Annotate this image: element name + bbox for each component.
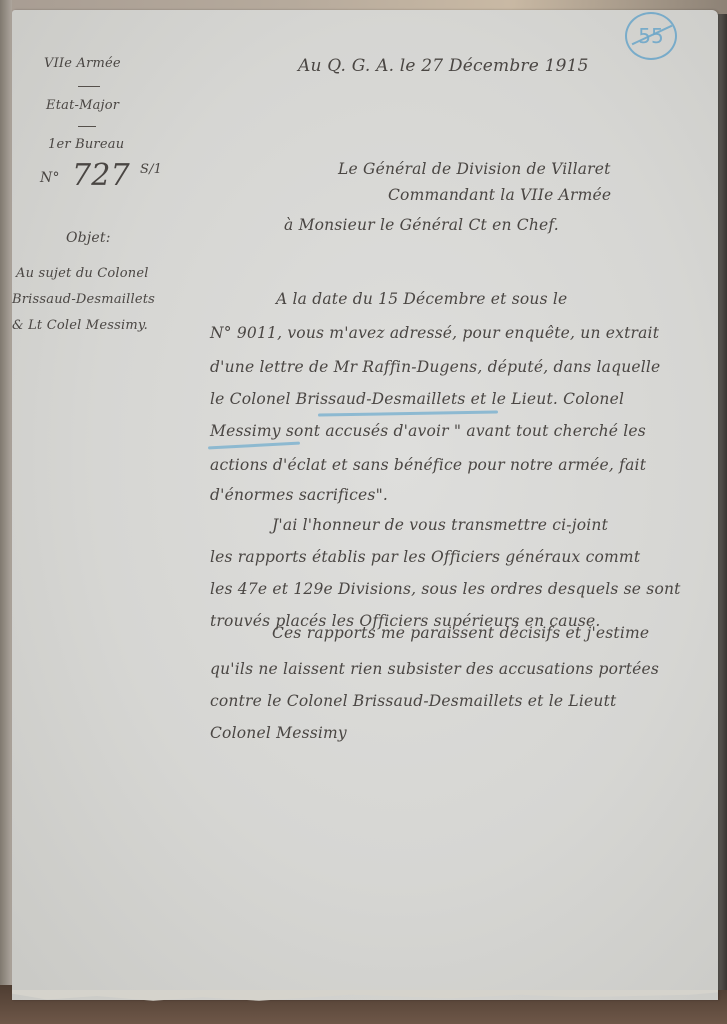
margin-number: 727 <box>72 158 130 193</box>
body-line: Messimy sont accusés d'avoir " avant tou… <box>210 422 646 440</box>
body-line: Colonel Messimy <box>210 724 347 742</box>
margin-object-label: Objet: <box>66 230 111 246</box>
body-line: actions d'éclat et sans bénéfice pour no… <box>210 456 646 474</box>
margin-number-label: N° <box>40 170 60 186</box>
body-line: A la date du 15 Décembre et sous le <box>276 290 567 308</box>
body-line: les 47e et 129e Divisions, sous les ordr… <box>210 580 681 598</box>
margin-army: VIIe Armée <box>44 56 121 71</box>
binding-edge <box>0 0 12 1024</box>
place-date: Au Q. G. A. le 27 Décembre 1915 <box>298 56 589 76</box>
body-line: les rapports établis par les Officiers g… <box>210 548 640 566</box>
margin-bureau: 1er Bureau <box>48 137 124 152</box>
margin-divider <box>78 86 100 87</box>
margin-object-line: & Lt Colel Messimy. <box>12 318 148 333</box>
sender-line-2: Commandant la VIIe Armée <box>388 186 611 204</box>
body-line: le Colonel Brissaud-Desmaillets et le Li… <box>210 390 624 408</box>
margin-number-fraction: S/1 <box>140 162 162 177</box>
body-line: qu'ils ne laissent rien subsister des ac… <box>210 660 659 678</box>
body-line: d'une lettre de Mr Raffin-Dugens, député… <box>210 358 660 376</box>
body-line: contre le Colonel Brissaud-Desmaillets e… <box>210 692 616 710</box>
body-line: J'ai l'honneur de vous transmettre ci-jo… <box>272 516 608 534</box>
right-shadow <box>718 14 727 990</box>
margin-object-line: Au sujet du Colonel <box>16 266 149 281</box>
body-line: Ces rapports me paraissent décisifs et j… <box>272 624 649 642</box>
margin-divider <box>78 126 96 127</box>
body-line: d'énormes sacrifices". <box>210 486 388 504</box>
sender-line-1: Le Général de Division de Villaret <box>338 160 611 178</box>
margin-staff: Etat-Major <box>46 98 119 113</box>
recipient-line: à Monsieur le Général Ct en Chef. <box>284 216 559 234</box>
margin-object-line: Brissaud-Desmaillets <box>12 292 155 307</box>
body-line: N° 9011, vous m'avez adressé, pour enquê… <box>210 324 659 342</box>
